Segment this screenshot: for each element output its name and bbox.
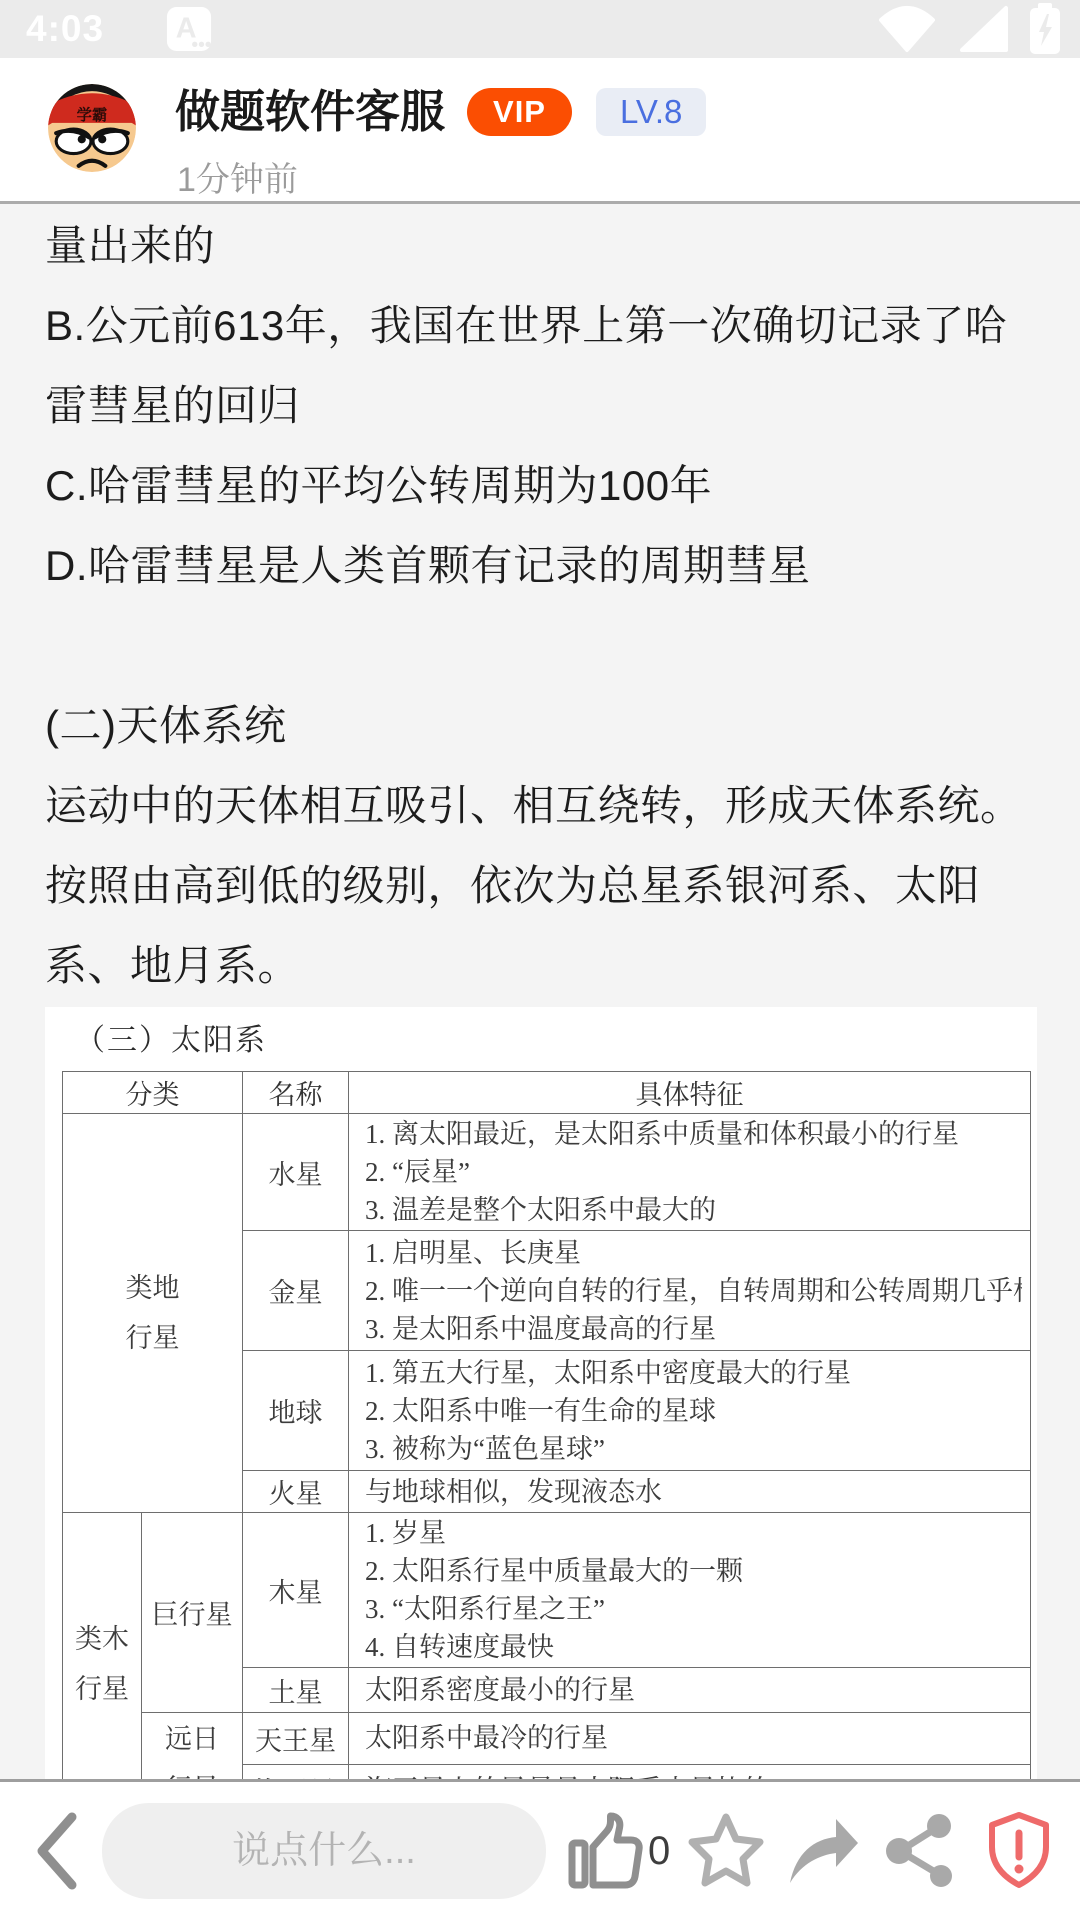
username: 做题软件客服 (175, 84, 445, 140)
vip-badge: VIP (467, 88, 572, 136)
back-icon[interactable] (30, 1809, 82, 1893)
avatar[interactable]: 学霸 (48, 84, 136, 172)
battery-charging-icon (1028, 2, 1062, 56)
post-timestamp: 1分钟前 (177, 152, 298, 201)
col-header-name: 名称 (243, 1072, 349, 1114)
level-badge: LV.8 (596, 88, 706, 136)
planet-features: 与地球相似，发现液态水 (349, 1471, 1031, 1513)
planet-features: 1. 启明星、长庚星2. 唯一一个逆向自转的行星，自转周期和公转周期几乎相同3.… (349, 1231, 1031, 1351)
class-jovian: 类木行星 (63, 1513, 142, 1780)
share-nodes-icon[interactable] (886, 1813, 954, 1889)
planet-name: 金星 (243, 1231, 349, 1351)
planet-name: 水星 (243, 1114, 349, 1231)
clock-time: 4:03 (26, 8, 104, 50)
ime-keyboard-icon: A (166, 6, 212, 52)
wifi-icon (876, 4, 938, 54)
col-header-features: 具体特征 (349, 1072, 1031, 1114)
post-header: 学霸 做题软件客服 VIP LV.8 1分钟前 (0, 58, 1080, 201)
planet-features: 1. 离太阳最近，是太阳系中质量和体积最小的行星2. “辰星”3. 温差是整个太… (349, 1114, 1031, 1231)
planet-name: 土星 (243, 1668, 349, 1713)
subclass-giant: 巨行星 (142, 1513, 243, 1713)
post-content: 量出来的B.公元前613年，我国在世界上第一次确切记录了哈雷彗星的回归C.哈雷彗… (0, 204, 1080, 1779)
signal-icon (954, 4, 1012, 54)
col-header-class: 分类 (63, 1072, 243, 1114)
planet-name: 地球 (243, 1351, 349, 1471)
post-text: 量出来的B.公元前613年，我国在世界上第一次确切记录了哈雷彗星的回归C.哈雷彗… (0, 204, 1080, 1006)
forward-icon[interactable] (784, 1813, 860, 1889)
svg-text:A: A (176, 13, 197, 45)
planet-name: 木星 (243, 1513, 349, 1668)
thumbs-up-icon[interactable] (566, 1809, 644, 1893)
table-title: （三）太阳系 (75, 1021, 1037, 1061)
svg-text:学霸: 学霸 (77, 106, 108, 124)
planet-features: 太阳系中最冷的行星 (349, 1713, 1031, 1765)
like-count: 0 (648, 1829, 670, 1874)
comment-input[interactable] (102, 1803, 546, 1899)
solar-system-table: 分类 名称 具体特征 类地行星 水星 1. 离太阳最近，是太阳系中质量和体积最小… (62, 1071, 1031, 1779)
planet-name: 天王星 (243, 1713, 349, 1765)
star-icon[interactable] (686, 1811, 766, 1891)
solar-system-table-image: （三）太阳系 分类 名称 具体特征 类地行星 水星 1. 离太阳最近，是太阳系中… (45, 1007, 1037, 1779)
planet-name: 火星 (243, 1471, 349, 1513)
planet-name: 海王星 (243, 1764, 349, 1779)
report-shield-icon[interactable] (986, 1811, 1052, 1891)
planet-features: 1. 岁星2. 太阳系行星中质量最大的一颗3. “太阳系行星之王”4. 自转速度… (349, 1513, 1031, 1668)
subclass-outer: 远日行星 (142, 1713, 243, 1780)
planet-features: 1. 第五大行星，太阳系中密度最大的行星2. 太阳系中唯一有生命的星球3. 被称… (349, 1351, 1031, 1471)
planet-features: 海王星上的风暴是太阳系中最快的 (349, 1764, 1031, 1779)
planet-features: 太阳系密度最小的行星 (349, 1668, 1031, 1713)
status-bar: 4:03 A (0, 0, 1080, 58)
bottom-action-bar: 0 (0, 1782, 1080, 1920)
class-terrestrial: 类地行星 (63, 1114, 243, 1513)
